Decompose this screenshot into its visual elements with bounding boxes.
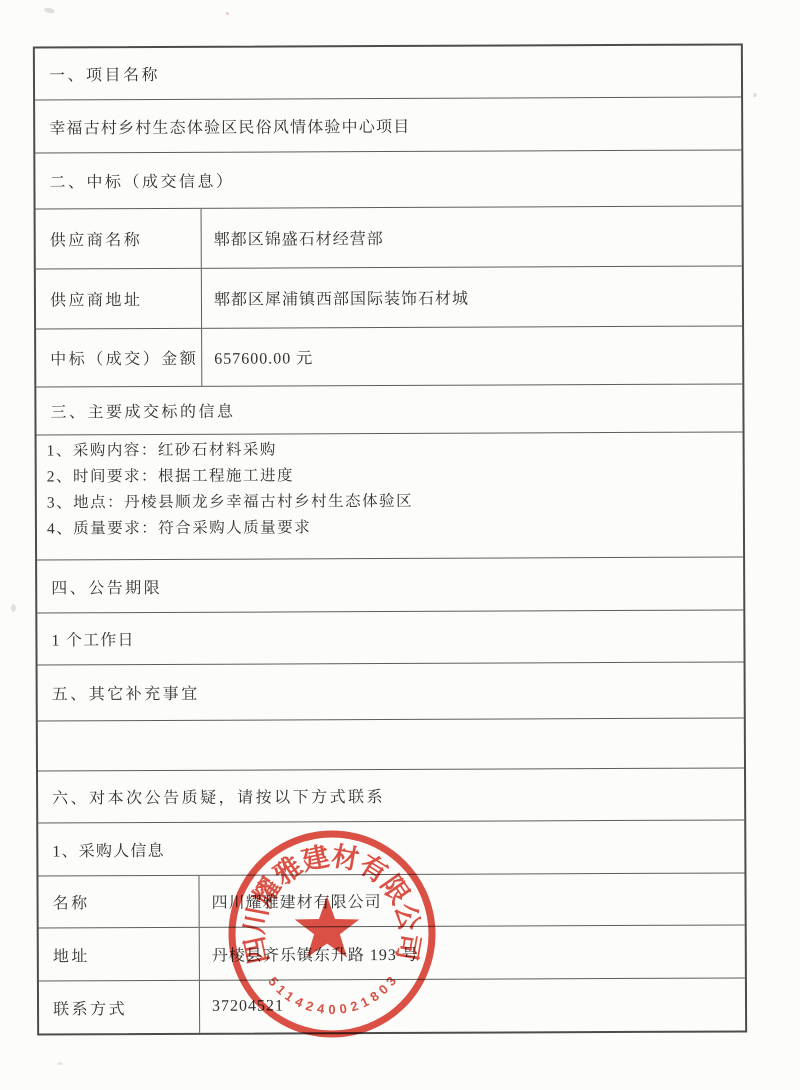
deal-detail-item: 3、地点：丹棱县顺龙乡幸福古村乡村生态体验区 bbox=[47, 488, 733, 517]
purchaser-name-label: 名称 bbox=[38, 876, 199, 928]
purchaser-address-label: 地址 bbox=[39, 928, 200, 981]
purchaser-contact-label: 联系方式 bbox=[39, 981, 200, 1034]
purchaser-contact-row: 联系方式 37204521 bbox=[39, 978, 745, 1033]
scan-speck bbox=[753, 93, 757, 97]
announcement-period-value: 1 个工作日 bbox=[37, 627, 134, 650]
purchaser-address-row: 地址 丹棱县齐乐镇东升路 193 号 bbox=[39, 925, 745, 981]
deal-detail-item: 2、时间要求：根据工程施工进度 bbox=[47, 462, 733, 491]
supplier-address-row: 供应商地址 郫都区犀浦镇西部国际装饰石材城 bbox=[36, 266, 742, 329]
section-other-matters: 五、其它补充事宜 bbox=[38, 662, 744, 721]
document-page: 一、项目名称 幸福古村乡村生态体验区民俗风情体验中心项目 二、中标（成交信息） … bbox=[0, 0, 800, 1090]
section-title: 四、公告期限 bbox=[37, 574, 162, 598]
section-award-info: 二、中标（成交信息） bbox=[35, 150, 741, 209]
supplier-address-value: 郫都区犀浦镇西部国际装饰石材城 bbox=[202, 266, 742, 327]
scan-speck bbox=[44, 7, 56, 14]
project-name-value: 幸福古村乡村生态体验区民俗风情体验中心项目 bbox=[35, 113, 410, 138]
supplier-address-label: 供应商地址 bbox=[36, 269, 202, 329]
deal-details-list: 1、采购内容：红砂石材料采购 2、时间要求：根据工程施工进度 3、地点：丹棱县顺… bbox=[37, 432, 743, 545]
section-contact-methods: 六、对本次公告质疑，请按以下方式联系 bbox=[38, 768, 744, 823]
section-title: 五、其它补充事宜 bbox=[38, 681, 200, 705]
scan-speck bbox=[11, 604, 16, 612]
purchaser-info-heading: 1、采购人信息 bbox=[38, 837, 165, 861]
award-amount-label: 中标（成交）金额 bbox=[36, 329, 202, 387]
project-name-row: 幸福古村乡村生态体验区民俗风情体验中心项目 bbox=[35, 97, 741, 153]
purchaser-contact-value: 37204521 bbox=[200, 978, 745, 1032]
supplier-name-label: 供应商名称 bbox=[36, 209, 202, 269]
purchaser-name-value: 四川耀雅建材有限公司 bbox=[199, 873, 744, 926]
section-title: 二、中标（成交信息） bbox=[35, 169, 234, 193]
deal-detail-item: 4、质量要求：符合采购人质量要求 bbox=[47, 514, 733, 543]
purchaser-name-row: 名称 四川耀雅建材有限公司 bbox=[38, 873, 744, 928]
section-main-deal-info: 三、主要成交标的信息 bbox=[36, 384, 742, 435]
supplier-name-row: 供应商名称 郫都区锦盛石材经营部 bbox=[36, 206, 742, 269]
award-amount-row: 中标（成交）金额 657600.00 元 bbox=[36, 326, 742, 387]
empty-row bbox=[38, 718, 744, 771]
award-amount-value: 657600.00 元 bbox=[202, 326, 742, 385]
section-project-name: 一、项目名称 bbox=[35, 45, 741, 100]
scan-speck bbox=[57, 1062, 63, 1065]
deal-detail-item: 1、采购内容：红砂石材料采购 bbox=[47, 436, 733, 465]
purchaser-address-value: 丹棱县齐乐镇东升路 193 号 bbox=[200, 925, 745, 979]
section-title: 六、对本次公告质疑，请按以下方式联系 bbox=[38, 784, 385, 809]
announcement-table: 一、项目名称 幸福古村乡村生态体验区民俗风情体验中心项目 二、中标（成交信息） … bbox=[33, 43, 747, 1035]
purchaser-info-heading-row: 1、采购人信息 bbox=[38, 820, 744, 876]
supplier-name-value: 郫都区锦盛石材经营部 bbox=[202, 206, 742, 267]
section-announcement-period: 四、公告期限 bbox=[37, 557, 743, 613]
section-title: 三、主要成交标的信息 bbox=[36, 399, 235, 423]
deal-details-row: 1、采购内容：红砂石材料采购 2、时间要求：根据工程施工进度 3、地点：丹棱县顺… bbox=[37, 432, 744, 560]
announcement-period-row: 1 个工作日 bbox=[37, 610, 743, 665]
scan-speck bbox=[226, 12, 229, 15]
section-title: 一、项目名称 bbox=[35, 62, 160, 86]
